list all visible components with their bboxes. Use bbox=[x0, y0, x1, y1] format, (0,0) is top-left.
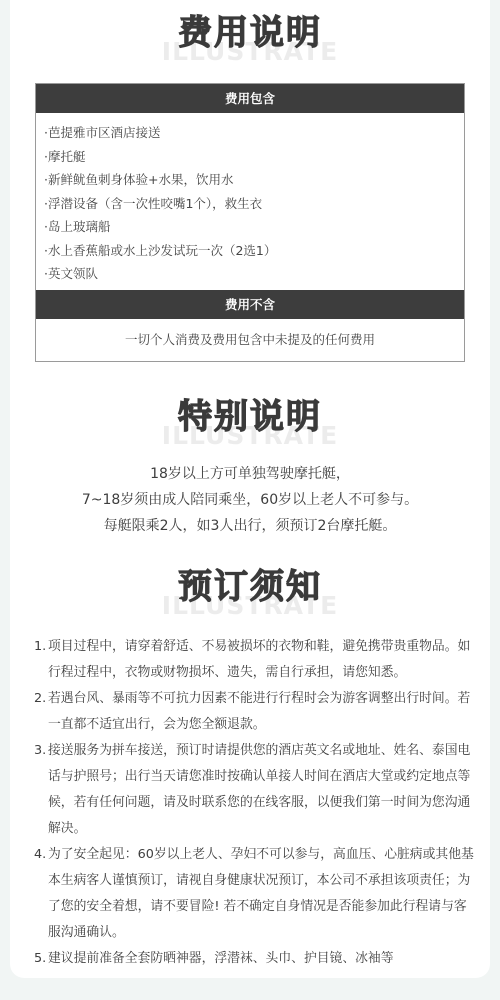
notice-text: 为了安全起见：60岁以上老人、孕妇不可以参与，高血压、心脏病或其他基本生病客人谨… bbox=[48, 847, 474, 940]
included-item: ·水上香蕉船或水上沙发试玩一次（2选1） bbox=[44, 239, 464, 263]
special-line: 每艇限乘2人，如3人出行，须预订2台摩托艇。 bbox=[0, 513, 500, 539]
notice-text: 项目过程中，请穿着舒适、不易被损坏的衣物和鞋，避免携带贵重物品。如行程过程中，衣… bbox=[48, 639, 470, 680]
included-item: ·摩托艇 bbox=[44, 145, 464, 169]
booking-notice-list: 1.项目过程中，请穿着舒适、不易被损坏的衣物和鞋，避免携带贵重物品。如行程过程中… bbox=[34, 634, 474, 972]
included-item: ·新鲜鱿鱼刺身体验+水果，饮用水 bbox=[44, 168, 464, 192]
notice-number: 1. bbox=[34, 634, 48, 660]
special-section-title: 特别说明 ILLUSTRATE bbox=[0, 397, 500, 437]
special-line: 18岁以上方可单独驾驶摩托艇， bbox=[0, 461, 500, 487]
fee-heading: 费用说明 bbox=[0, 13, 500, 53]
included-header: 费用包含 bbox=[36, 84, 464, 113]
notice-item: 2.若遇台风、暴雨等不可抗力因素不能进行行程时会为游客调整出行时间。若一直都不适… bbox=[34, 686, 474, 738]
special-notes: 18岁以上方可单独驾驶摩托艇， 7~18岁须由成人陪同乘坐，60岁以上老人不可参… bbox=[0, 461, 500, 539]
excluded-header: 费用不含 bbox=[36, 290, 464, 319]
notice-item: 4.为了安全起见：60岁以上老人、孕妇不可以参与，高血压、心脏病或其他基本生病客… bbox=[34, 842, 474, 946]
special-heading: 特别说明 bbox=[0, 397, 500, 437]
notice-text: 若遇台风、暴雨等不可抗力因素不能进行行程时会为游客调整出行时间。若一直都不适宜出… bbox=[48, 691, 470, 732]
included-list: ·芭提雅市区酒店接送 ·摩托艇 ·新鲜鱿鱼刺身体验+水果，饮用水 ·浮潜设备（含… bbox=[36, 113, 464, 290]
included-item: ·英文领队 bbox=[44, 262, 464, 286]
included-item: ·浮潜设备（含一次性咬嘴1个），救生衣 bbox=[44, 192, 464, 216]
notice-item: 1.项目过程中，请穿着舒适、不易被损坏的衣物和鞋，避免携带贵重物品。如行程过程中… bbox=[34, 634, 474, 686]
notice-number: 3. bbox=[34, 738, 48, 764]
included-item: ·岛上玻璃船 bbox=[44, 215, 464, 239]
fee-table: 费用包含 ·芭提雅市区酒店接送 ·摩托艇 ·新鲜鱿鱼刺身体验+水果，饮用水 ·浮… bbox=[35, 83, 465, 362]
notice-item: 5.建议提前准备全套防晒神器，浮潜袜、头巾、护目镜、冰袖等 bbox=[34, 946, 474, 972]
notice-number: 4. bbox=[34, 842, 48, 868]
booking-section-title: 预订须知 ILLUSTRATE bbox=[0, 567, 500, 607]
booking-heading: 预订须知 bbox=[0, 567, 500, 607]
notice-item: 3.接送服务为拼车接送，预订时请提供您的酒店英文名或地址、姓名、泰国电话与护照号… bbox=[34, 738, 474, 842]
notice-number: 5. bbox=[34, 946, 48, 972]
notice-number: 2. bbox=[34, 686, 48, 712]
notice-text: 建议提前准备全套防晒神器，浮潜袜、头巾、护目镜、冰袖等 bbox=[48, 951, 394, 966]
notice-text: 接送服务为拼车接送，预订时请提供您的酒店英文名或地址、姓名、泰国电话与护照号；出… bbox=[48, 743, 470, 836]
excluded-text: 一切个人消费及费用包含中未提及的任何费用 bbox=[36, 319, 464, 361]
fee-section-title: 费用说明 ILLUSTRATE bbox=[0, 13, 500, 53]
special-line: 7~18岁须由成人陪同乘坐，60岁以上老人不可参与。 bbox=[0, 487, 500, 513]
included-item: ·芭提雅市区酒店接送 bbox=[44, 121, 464, 145]
